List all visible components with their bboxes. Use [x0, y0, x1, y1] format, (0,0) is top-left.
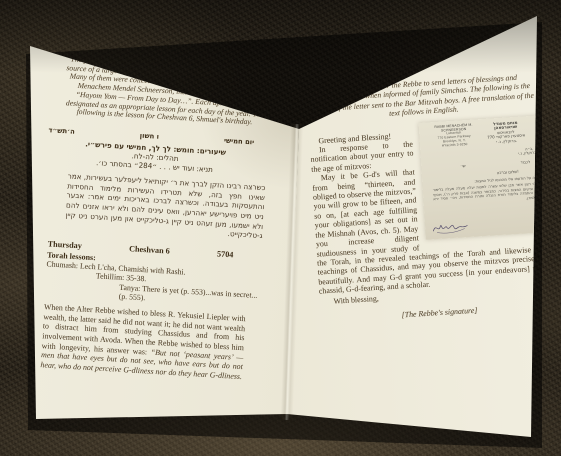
letterhead-english: RABBI MENACHEM M. SCHNEERSON Lubavitch 7…	[424, 123, 485, 150]
letterhead-row: RABBI MENACHEM M. SCHNEERSON Lubavitch 7…	[424, 119, 543, 150]
addressee-line: לכבוד שי׳	[460, 160, 530, 169]
story-roman-part: When the Alter Rebbe wished to bless R. …	[41, 302, 245, 356]
rebbe-signature-scrawl	[430, 217, 475, 236]
right-page-content: It was customary for the Rebbe to send l…	[306, 71, 559, 324]
scanned-letter-inset: RABBI MENACHEM M. SCHNEERSON Lubavitch 7…	[419, 115, 554, 240]
addressee-shi: שי׳	[460, 164, 466, 169]
hebrew-paragraph: כשרצה רבינו הזקן לברך את ר׳ יקותיאל ליעפ…	[65, 171, 266, 241]
photo-open-booklet: The previous Rebbe, Rabbi Yosef Yitzchak…	[0, 0, 561, 456]
hebrew-day: יום חמישי	[224, 137, 255, 147]
letterhead-hebrew: מנחם מענדל שניאורסאהן ליובאוויטש 770 איס…	[483, 120, 529, 146]
translated-letter: RABBI MENACHEM M. SCHNEERSON Lubavitch 7…	[309, 122, 558, 325]
addressee-lichvod: לכבוד	[520, 160, 530, 166]
english-day: Thursday	[47, 240, 82, 251]
english-year: 5704	[217, 250, 234, 260]
alter-rebbe-story: When the Alter Rebbe wished to bless R. …	[40, 302, 246, 382]
hebrew-year: ה׳תש״ד	[48, 126, 75, 136]
english-date: Cheshvan 6	[129, 244, 170, 255]
hebrew-date: ו חשון	[140, 132, 160, 141]
